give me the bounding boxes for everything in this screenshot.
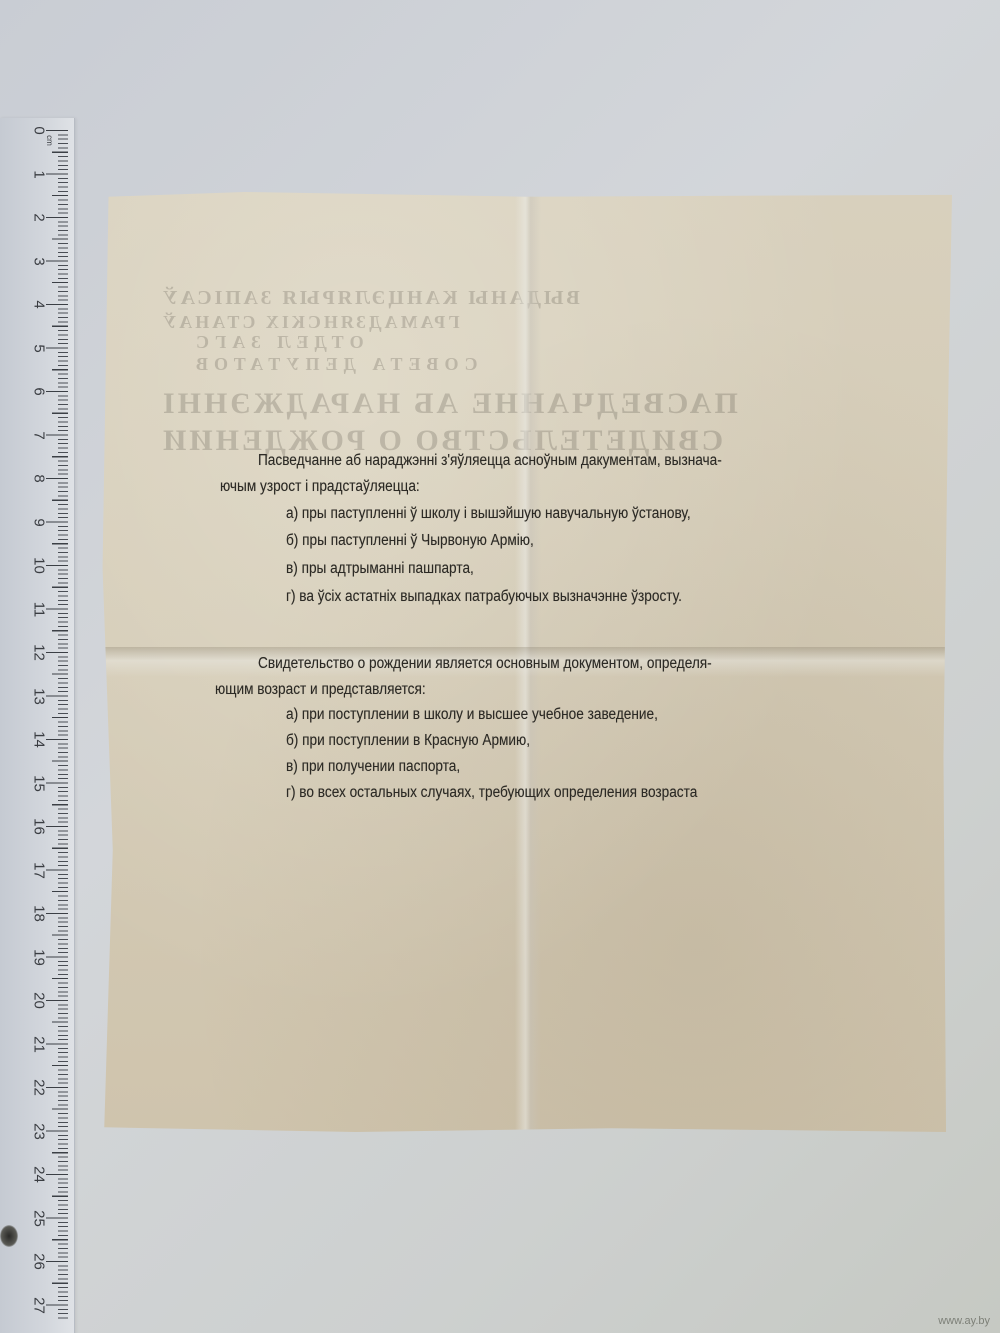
bleed-through-text: ГРАМАДЗЯНСКІХ СТАНАЎ <box>160 312 460 333</box>
by-item-g: г) ва ўсіх астатніх выпадках патрабуючых… <box>286 588 682 606</box>
ru-item-b: б) при поступлении в Красную Армию, <box>286 732 530 750</box>
ruler: cm 0123456789101112131415161718192021222… <box>0 118 75 1333</box>
ruler-number: 7 <box>31 424 48 446</box>
ruler-number: 17 <box>31 859 48 881</box>
by-intro-line1: Пасведчанне аб нараджэнні з'яўляецца асн… <box>258 452 722 470</box>
by-item-v: в) пры адтрыманні пашпарта, <box>286 560 474 578</box>
smudge <box>0 1225 18 1247</box>
ruler-number: 23 <box>31 1120 48 1142</box>
ruler-ticks <box>44 130 68 1320</box>
ruler-number: 21 <box>31 1033 48 1055</box>
ruler-number: 12 <box>31 642 48 664</box>
ruler-number: 11 <box>31 598 48 620</box>
ruler-number: 9 <box>31 511 48 533</box>
ruler-number: 16 <box>31 816 48 838</box>
ruler-number: 19 <box>31 946 48 968</box>
ruler-number: 22 <box>31 1077 48 1099</box>
document-paper: ВЫДАНЫ КАНЦЭЛЯРЫЯ ЗАПІСАЎ ГРАМАДЗЯНСКІХ … <box>100 192 952 1132</box>
by-item-b: б) пры паступленні ў Чырвоную Армію, <box>286 532 534 550</box>
ruler-number: 1 <box>31 163 48 185</box>
ru-intro-line1: Свидетельство о рождении является основн… <box>258 655 712 673</box>
ruler-number: 24 <box>31 1164 48 1186</box>
bleed-through-text: СОВЕТА ДЕПУТАТОВ <box>190 354 478 375</box>
ruler-number: 15 <box>31 772 48 794</box>
ruler-number: 5 <box>31 337 48 359</box>
ru-item-g: г) во всех остальных случаях, требующих … <box>286 784 697 802</box>
ru-item-v: в) при получении паспорта, <box>286 758 460 776</box>
ruler-number: 20 <box>31 990 48 1012</box>
ru-intro-line2: ющим возраст и представляется: <box>215 681 426 699</box>
ruler-number: 26 <box>31 1251 48 1273</box>
ruler-number: 6 <box>31 381 48 403</box>
ruler-number: 3 <box>31 250 48 272</box>
ruler-number: 25 <box>31 1207 48 1229</box>
ru-item-a: а) при поступлении в школу и высшее учеб… <box>286 706 658 724</box>
ruler-number: 4 <box>31 294 48 316</box>
bleed-through-title-by: ПАСВЕДЧАННЕ АБ НАРАДЖЭННІ <box>160 387 738 421</box>
ruler-number: 8 <box>31 468 48 490</box>
ruler-number: 18 <box>31 903 48 925</box>
ruler-number: 27 <box>31 1294 48 1316</box>
ruler-number: 10 <box>31 555 48 577</box>
ruler-number: 14 <box>31 729 48 751</box>
by-intro-line2: ючым узрост і прадстаўляецца: <box>220 478 420 496</box>
ruler-number: 2 <box>31 207 48 229</box>
bleed-through-text: ОТДЕЛ ЗАГС <box>190 332 364 353</box>
watermark: www.ay.by <box>938 1315 990 1327</box>
by-item-a: а) пры паступленні ў школу і вышэйшую на… <box>286 505 691 523</box>
ruler-number: 0 <box>31 120 48 142</box>
ruler-number: 13 <box>31 685 48 707</box>
